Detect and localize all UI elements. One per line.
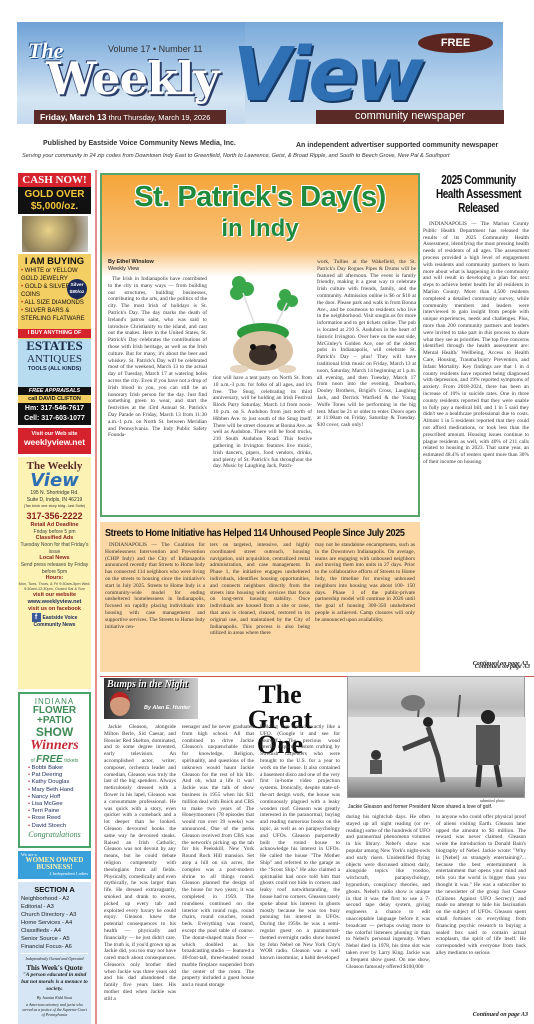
masthead-view: View (233, 38, 421, 112)
hours-heading: Hours: (18, 575, 91, 582)
st-patricks-feature: St. Patrick's Day(s) in Indy By Ethel Wi… (100, 173, 420, 517)
health-body: INDIANAPOLIS — The Marion County Public … (423, 221, 529, 661)
gold-price-box: GOLD OVER $5,000/oz. (18, 187, 91, 214)
winner-name: Lisa McGee (28, 801, 89, 808)
flower-show-ad: INDIANA FLOWER +PATIO SHOW Winners of FR… (18, 692, 91, 848)
author-outlet: Weekly View (108, 266, 154, 273)
phone-home: Hm: 317-546-7617 (18, 404, 91, 414)
free-label: FREE (36, 754, 63, 765)
article-column: work, Tullies at the Wakefield, the St. … (317, 259, 416, 511)
article-column: tion will have a tent party on North St.… (213, 375, 312, 511)
visit-facebook-label: visit us on facebook (18, 606, 91, 613)
article-column: may not be standalone encampments, such … (315, 542, 415, 666)
streets-to-home-article: Streets to Home Initiative has Helped 11… (100, 522, 420, 672)
independent-line: An independent advertiser supported comm… (296, 142, 498, 149)
logo-view: View (18, 472, 91, 490)
cash-now-banner: CASH NOW! (18, 173, 91, 187)
winner-name: Nancy Hoff (28, 794, 89, 801)
article-column: during his nightclub days. He often stay… (346, 814, 430, 1014)
winner-name: David Stoech (28, 823, 89, 830)
phone-cell: Cell: 317-603-1077 (18, 414, 91, 424)
buying-item: SILVER BARS & STERLING FLATWARE (21, 307, 88, 323)
tagline-bar: community newspaper (316, 110, 504, 124)
service-area-line: Serving your community in 24 zip codes f… (22, 153, 516, 159)
quote-heading: This Week's Quote (21, 964, 88, 972)
issue-date-bar: Friday, March 13 thru Thursday, March 19… (34, 110, 226, 124)
issue-date-range: thru Thursday, March 19, 2026 (106, 113, 210, 122)
section-item[interactable]: Classifieds - A4 (21, 927, 88, 935)
column-banner-title: Bumps in the Night (107, 679, 188, 690)
great-one-continued-link[interactable]: Continued on page A3 (430, 1012, 528, 1018)
quote-author-bio: a American attorney and jurist who serve… (21, 1002, 88, 1017)
health-article: 2025 Community Health Assessment Release… (423, 173, 534, 673)
local-news-text: Send press releases by Friday before 5pm (18, 562, 91, 575)
article-column: building that looked exactly like a UFO.… (260, 724, 340, 1024)
owned-operated: Independently Owned and Operated (21, 953, 88, 961)
address-note: (Tan brick one story bldg.- last Suite) (18, 503, 91, 510)
section-item[interactable]: Financial Focus- A6 (21, 943, 88, 951)
section-item[interactable]: Church Directory - A3 (21, 911, 88, 919)
winners-heading: Winners (20, 738, 89, 754)
classified-heading: Classified Ads (18, 535, 91, 542)
estates-label: ESTATES (18, 339, 91, 353)
st-patricks-headline: St. Patrick's Day(s) (102, 181, 418, 214)
website-url-link[interactable]: www.weeklyview.net (18, 599, 91, 606)
article-column: ters on targeted, intensive, and highly … (210, 542, 310, 666)
pug-photo (217, 271, 307, 373)
winner-name: Kathy Douglas (28, 779, 89, 786)
free-appraisals: FREE APPRAISALS (18, 387, 91, 395)
health-headline: 2025 Community Health Assessment Release… (434, 173, 523, 215)
masthead-weekly: Weekly (46, 52, 219, 105)
phone-numbers: Hm: 317-546-7617 Cell: 317-603-1077 (18, 403, 91, 425)
antiques-label: ANTIQUES (18, 353, 91, 366)
congratulations: Congratulations (20, 830, 89, 839)
section-title: SECTION A (21, 885, 88, 894)
article-column: teenager and he never graduated from hig… (182, 724, 254, 1024)
facebook-link[interactable]: fEastside Voice Community News (18, 613, 91, 629)
website-ad[interactable]: Visit our Web site weeklyview.net (18, 428, 91, 454)
author-name: By Ethel Winslow (108, 259, 154, 266)
retail-deadline-heading: Retail Ad Deadline (18, 522, 91, 529)
visit-website-label: visit our website (18, 592, 91, 599)
buy-anything-banner: I BUY ANYTHING OF VALUE (18, 329, 91, 338)
of-label: of (31, 758, 35, 764)
facebook-icon: f (32, 613, 41, 622)
tools-label: TOOLS (ALL KINDS) (18, 366, 91, 372)
website-link[interactable]: weeklyview.net (18, 437, 91, 447)
section-item[interactable]: Neighborhood - A2 (21, 895, 88, 903)
contact-info-box: The Weekly View 195 N. Shortridge Rd. Su… (18, 457, 91, 689)
column-banner: Bumps in the Night By Alan E. Hunter (104, 678, 198, 719)
section-item[interactable]: Editorial - A3 (21, 903, 88, 911)
winner-name: Rose Reed (28, 815, 89, 822)
st-patricks-subhead: in Indy (102, 215, 418, 243)
gold-line1: GOLD OVER (18, 189, 91, 201)
photo-credit: submitted photo (480, 799, 505, 803)
photo-caption: Jackie Gleason and former President Nixo… (348, 804, 492, 810)
section-item[interactable]: Home Services - A4 (21, 919, 88, 927)
women-owned-banner: We are a WOMEN OWNED BUSINESS! 2 Indepen… (18, 851, 91, 879)
call-contact: call DAVID CLIFTON (18, 395, 91, 403)
article-column: INDIANAPOLIS — The Coalition for Homeles… (105, 542, 205, 666)
streets-continued-link[interactable]: Continued on page A3 (430, 664, 530, 670)
byline: By Ethel Winslow Weekly View (108, 259, 154, 273)
hours-text: Mon, Tues, Thurs, & Fri 9:30am-5pm Wed. … (18, 582, 91, 592)
winner-name: Terri Paine (28, 808, 89, 815)
gleason-photo (347, 676, 525, 798)
local-news-heading: Local News (18, 555, 91, 562)
publisher-line: Published by Eastside Voice Community Ne… (43, 140, 236, 147)
column-author: By Alan E. Hunter (144, 705, 190, 711)
women-owned-sub: 2 Independent Ladies (18, 871, 91, 876)
article-column: Jackie Gleason, alongside Milton Berle, … (104, 724, 176, 1024)
free-badge: FREE (418, 33, 493, 53)
gold-jewelry-image (22, 216, 88, 252)
buying-item: ALL SIZE DIAMONDS (21, 299, 88, 307)
issue-date-bold: Friday, March 13 (40, 112, 106, 122)
classified-text: Tuesday Noon for that Friday's issue (18, 542, 91, 555)
streets-headline: Streets to Home Initiative has Helped 11… (105, 527, 372, 539)
winner-name: Bobbi Baker (28, 765, 89, 772)
article-column: to anyone who could offer physical proof… (436, 814, 526, 1009)
silver-price-badge: Silver $80/oz (67, 279, 87, 299)
gold-line2: $5,000/oz. (18, 201, 91, 213)
winner-name: Mary Beth Hand (28, 787, 89, 794)
winners-list: Bobbi Baker Pat Deering Kathy Douglas Ma… (20, 765, 89, 830)
quote-text: "A person educated in mind but not moral… (21, 972, 88, 993)
winner-name: Pat Deering (28, 772, 89, 779)
column-divider (95, 170, 97, 1024)
author-photo (110, 692, 130, 716)
section-item[interactable]: Senior Source - A5 (21, 935, 88, 943)
flower-line4: SHOW (20, 726, 89, 738)
section-index: SECTION A Neighborhood - A2 Editorial - … (18, 882, 91, 1024)
article-column: The Irish in Indianapolis have contribut… (108, 276, 207, 511)
tickets-label: tickets (64, 758, 78, 764)
women-owned-headline: WOMEN OWNED BUSINESS! (18, 857, 91, 871)
office-phone: 317-356-2222 (18, 511, 91, 521)
quote-author: By Juanita Kidd Stout (21, 995, 88, 1000)
free-tickets-line: of FREE tickets (20, 754, 89, 765)
i-am-buying-heading: I AM BUYING (21, 256, 88, 267)
